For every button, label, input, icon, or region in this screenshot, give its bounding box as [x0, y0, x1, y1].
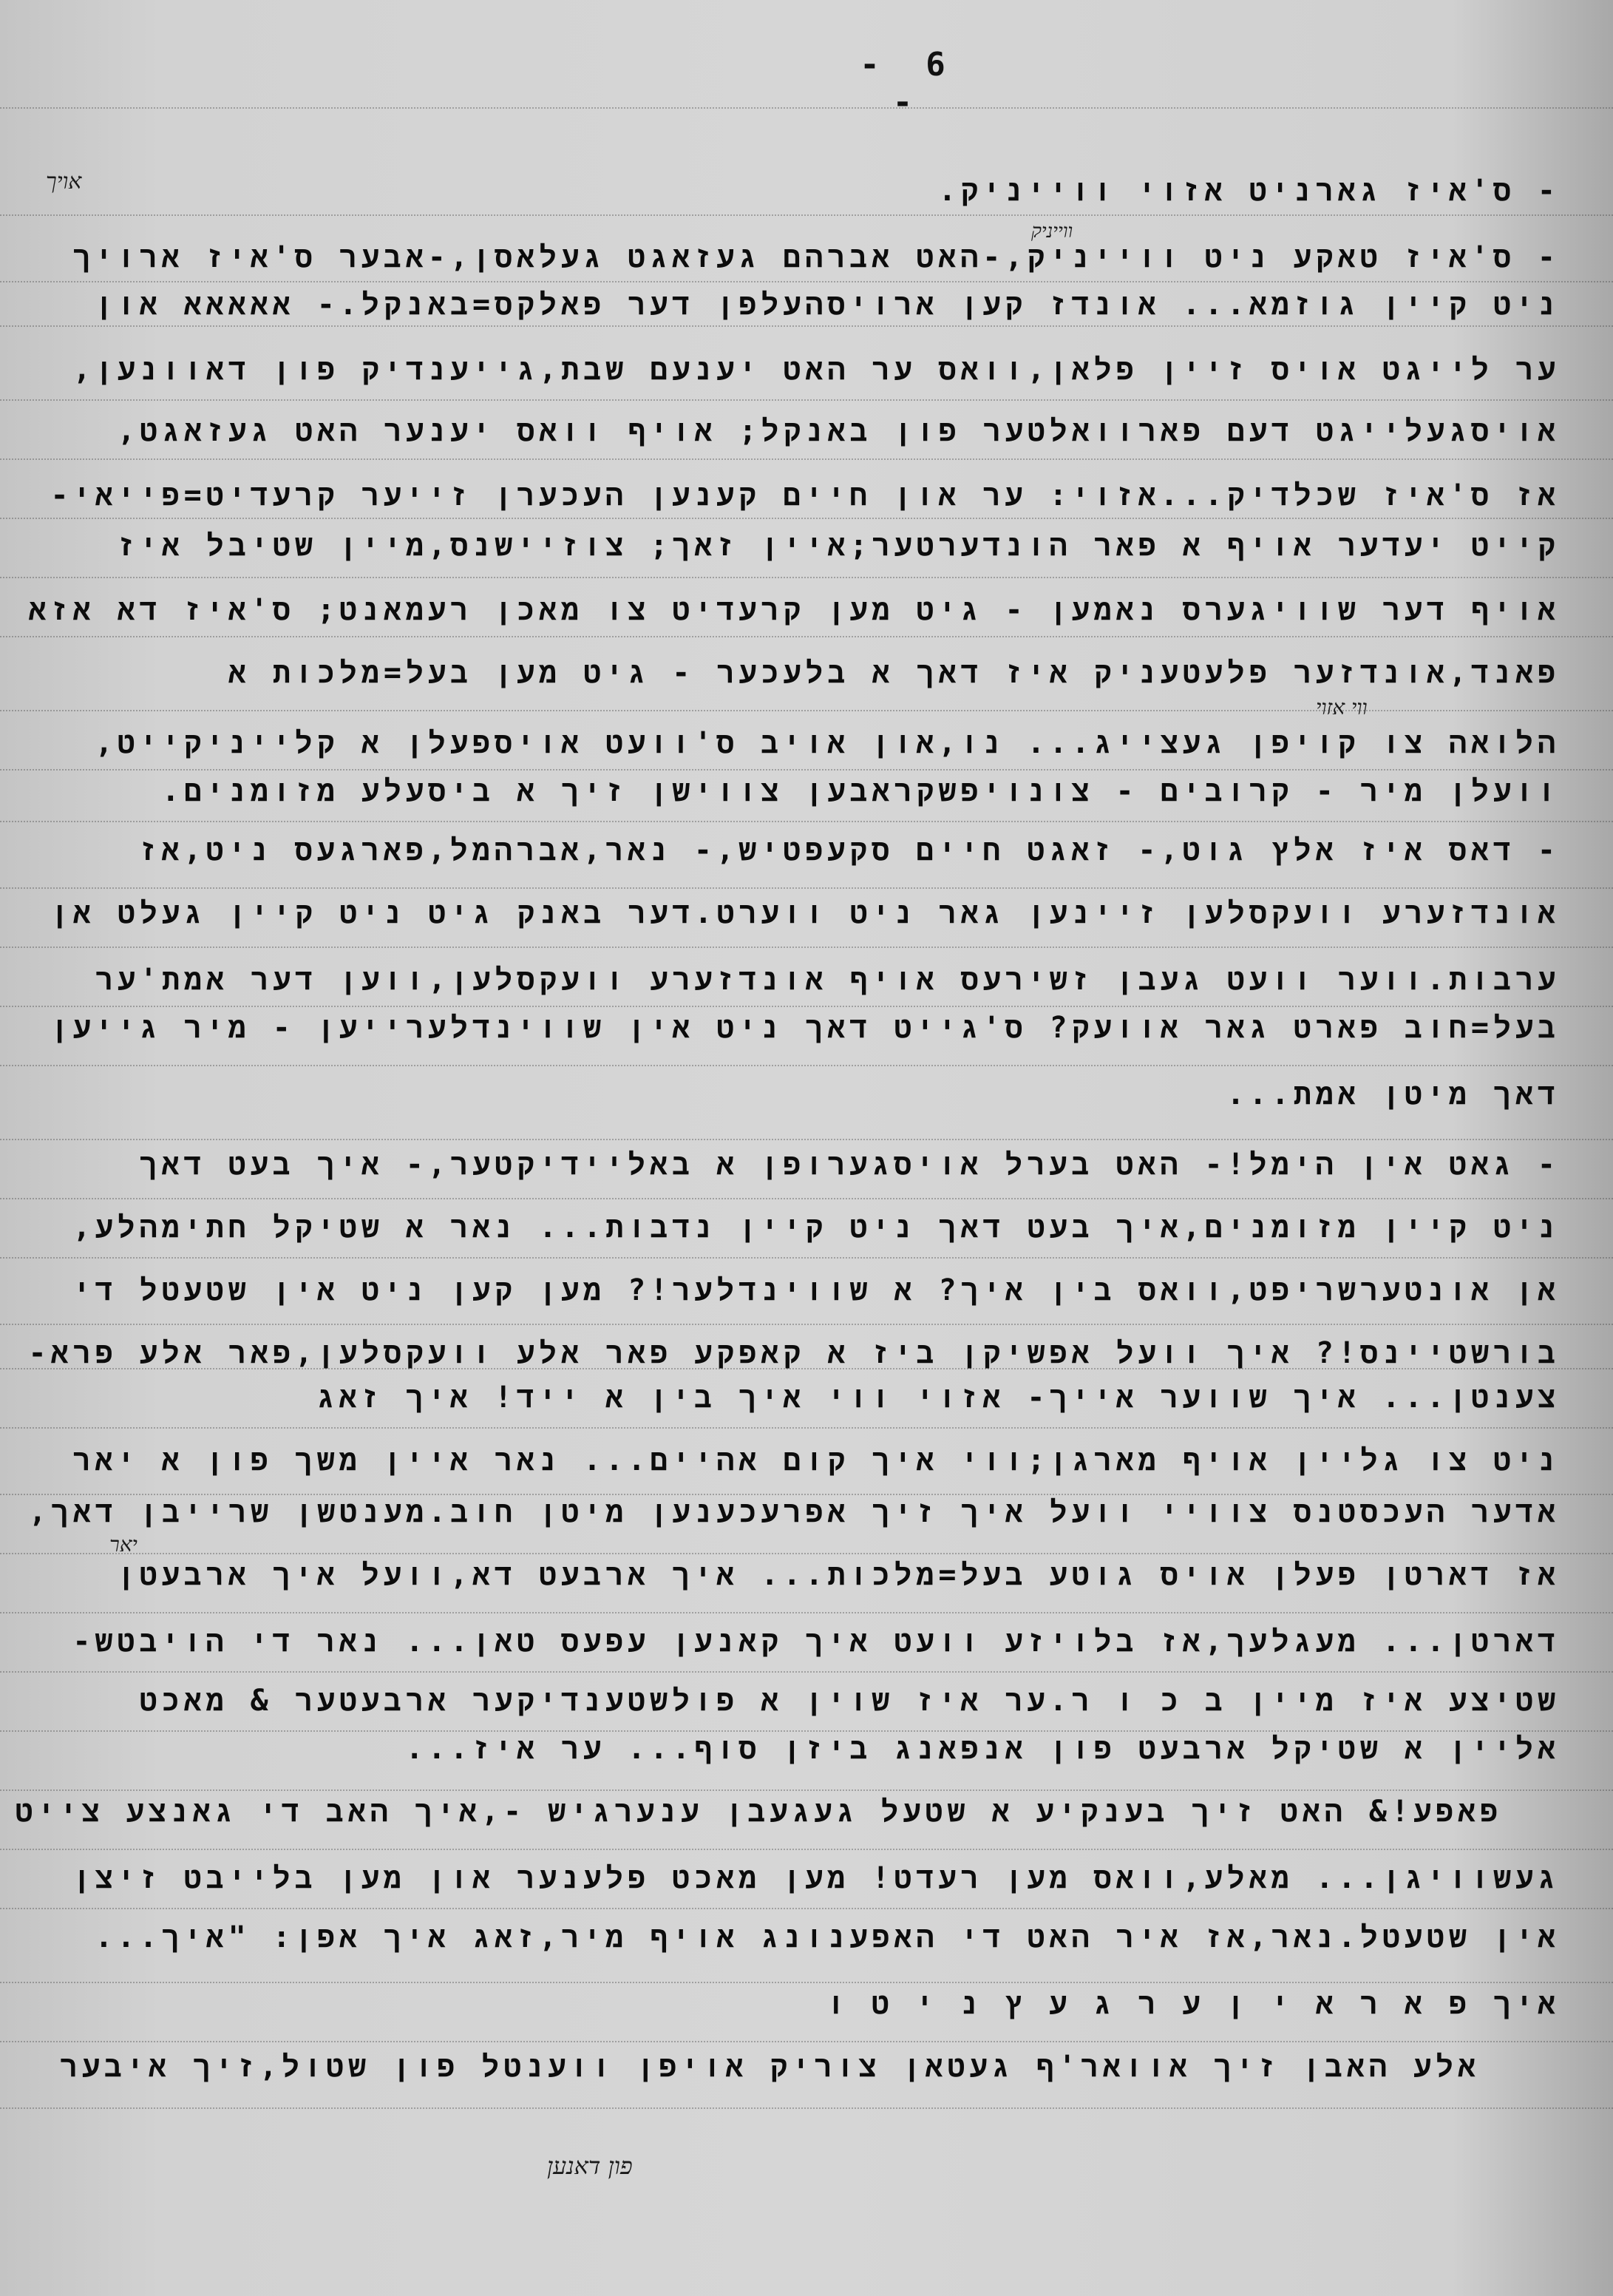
text-line: איך פ א ר א י ן ע ר ג ע ץ נ י ט ו: [827, 1989, 1560, 2019]
text-line: - גאט אין הימל!- האט בערל אויסגערופן א ב…: [140, 1150, 1561, 1179]
ruling-line: [0, 2041, 1613, 2042]
ruling-line: [0, 1671, 1613, 1673]
text-line: קייט יעדער אויף א פאר הונדערטער;איין זאך…: [118, 531, 1560, 561]
ruling-line: [0, 1553, 1613, 1554]
ruling-line: [0, 821, 1613, 822]
document-page: - 6 - - ס'איז גארניט אזוי ווייניק.- ס'אי…: [0, 0, 1613, 2296]
text-line: ניט קיין גוזמא... אונדז קען ארויסהעלפן ד…: [95, 290, 1560, 319]
handwritten-note: ווי אזוי: [1316, 695, 1368, 720]
ruling-line: [0, 458, 1613, 460]
ruling-line: [0, 518, 1613, 519]
text-line: אין שטעטל.נאר,אז איר האט די האפענונג אוי…: [95, 1923, 1560, 1952]
ruling-line: [0, 710, 1613, 711]
text-line: דאך מיטן אמת...: [1227, 1080, 1560, 1109]
ruling-line: [0, 636, 1613, 637]
ruling-line: [0, 1427, 1613, 1429]
ruling-line: [0, 769, 1613, 771]
text-line: - דאס איז אלץ גוט,- זאגט חיים סקעפטיש,- …: [139, 836, 1560, 865]
ruling-line: [0, 1324, 1613, 1325]
text-line: אז דארטן פעלן אויס גוטע בעל=מלכות... איך…: [118, 1560, 1560, 1590]
ruling-line: [0, 399, 1613, 401]
text-line: הלואה צו קויפן געצייג... נו,און אויב ס'ו…: [95, 728, 1560, 758]
text-line: ער לייגט אויס זיין פלאן,וואס ער האט יענע…: [73, 355, 1560, 385]
ruling-line: [0, 1198, 1613, 1199]
ruling-line: [0, 577, 1613, 578]
ruling-line: [0, 1789, 1613, 1791]
text-line: ערבות.ווער וועט געבן זשירעס אויף אונדזער…: [95, 965, 1560, 995]
ruling-line: [0, 887, 1613, 889]
ruling-line: [0, 1849, 1613, 1850]
ruling-line: [0, 281, 1613, 282]
text-line: אויף דער שוויגערס נאמען - גיט מען קרעדיט…: [28, 595, 1560, 625]
ruling-line: [0, 214, 1613, 216]
handwritten-note: יאר: [109, 1532, 137, 1557]
text-line: דארטן... מעגלעך,אז בלויזע וועט איך קאנען…: [72, 1627, 1560, 1656]
ruling-line: [0, 1257, 1613, 1259]
text-line: וועלן מיר - קרובים - צונויפשקראבען צוויש…: [162, 776, 1560, 806]
text-line: אלע האבן זיך אוואר'ף געטאן צוריק אויפן ו…: [60, 2052, 1480, 2082]
ruling-line: [0, 2107, 1613, 2109]
text-line: אליין א שטיקל ארבעט פון אנפאנג ביזן סוף.…: [406, 1734, 1560, 1764]
text-line: - ס'איז גארניט אזוי ווייניק.: [938, 176, 1560, 206]
handwritten-note: ווייניק: [1031, 220, 1073, 243]
handwritten-note: אויך: [46, 169, 81, 194]
handwritten-note: פון דאנען: [547, 2152, 633, 2180]
ruling-line: [0, 1139, 1613, 1140]
text-line: אונדזערע וועקסלען זיינען גאר ניט ווערט.ד…: [51, 898, 1560, 928]
ruling-line: [0, 1065, 1613, 1066]
text-line: אן אונטערשריפט,וואס בין איך? א שווינדלער…: [73, 1276, 1560, 1305]
text-line: בעל=חוב פארט גאר אוועק? ס'גייט דאך ניט א…: [51, 1013, 1560, 1043]
ruling-line: [0, 107, 1613, 109]
text-line: - ס'איז טאקע ניט ווייניק,-האט אברהם געזא…: [72, 243, 1560, 272]
text-line: צענטן... איך שווער אייך- אזוי ווי איך בי…: [317, 1383, 1560, 1412]
text-line: אויסגעלייגט דעם פארוואלטער פון באנקל; או…: [118, 416, 1560, 446]
ruling-line: [0, 1982, 1613, 1983]
ruling-line: [0, 1612, 1613, 1613]
text-line: ניט צו גליין אויף מארגן;ווי איך קום אהיי…: [72, 1446, 1560, 1475]
text-line: געשוויגן... מאלע,וואס מען רעדט! מען מאכט…: [73, 1863, 1560, 1893]
page-number: - 6 -: [835, 46, 983, 121]
text-line: אדער העכסטנס צוויי וועל איך זיך אפרעכענע…: [29, 1497, 1560, 1527]
ruling-line: [0, 325, 1613, 327]
text-line: שטיצע איז מיין ב כ ו ר.ער איז שוין א פול…: [140, 1686, 1560, 1716]
text-line: אז ס'איז שכלדיק...אזוי: ער און חיים קענע…: [50, 481, 1560, 510]
text-line: פאפע!& האט זיך בענקיע א שטעל געגעבן ענער…: [15, 1797, 1502, 1826]
ruling-line: [0, 1908, 1613, 1909]
text-line: פאנד,אונדזער פלעטעניק איז דאך א בלעכער -…: [228, 658, 1560, 688]
text-line: ניט קיין מזומנים,איך בעט דאך ניט קיין נד…: [72, 1213, 1560, 1242]
ruling-line: [0, 946, 1613, 948]
text-line: בורשטיינס!? איך וועל אפשיקן ביז א קאפקע …: [29, 1338, 1560, 1368]
ruling-line: [0, 1006, 1613, 1007]
